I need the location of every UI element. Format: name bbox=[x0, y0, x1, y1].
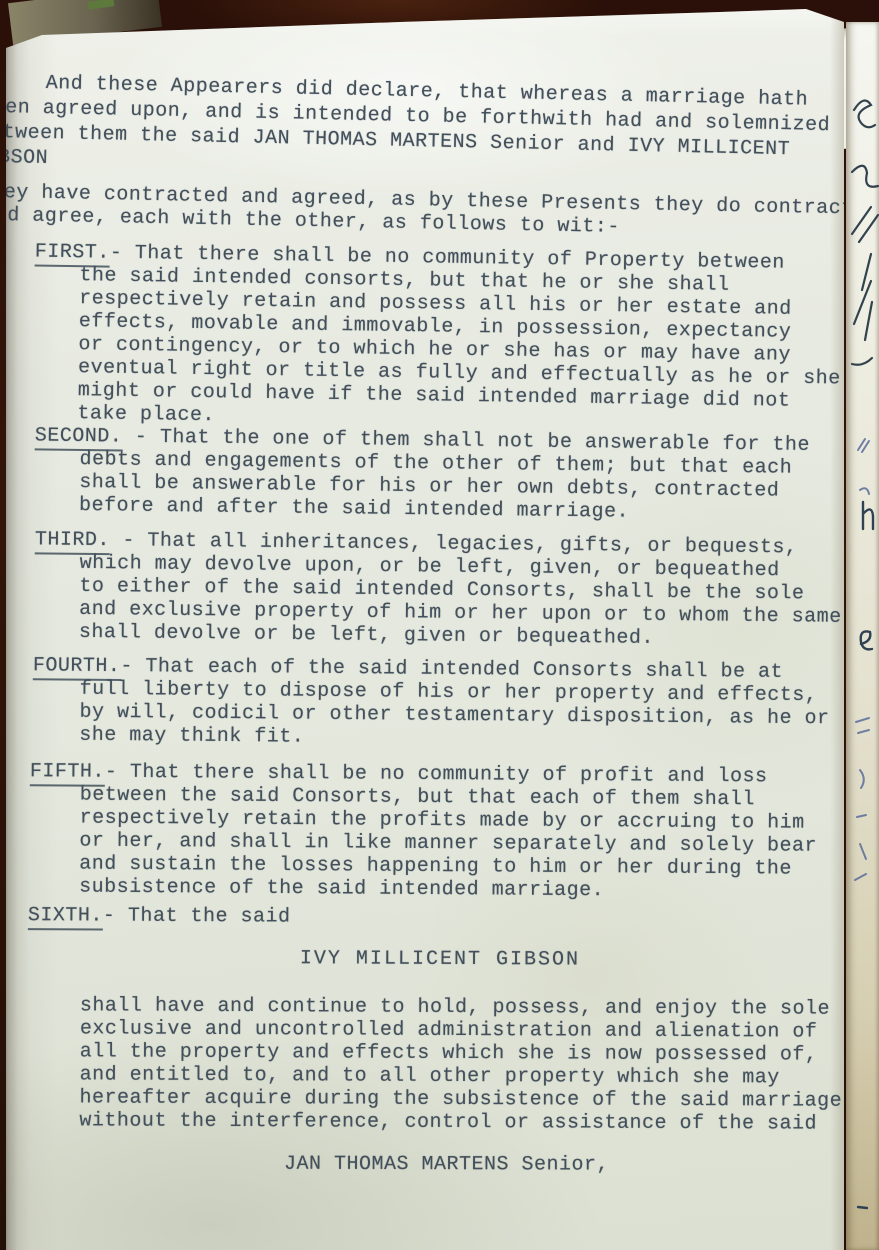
bride-name-block: IVY MILLICENT GIBSON bbox=[0, 946, 844, 973]
photographed-document-page: { "document": { "type_label": "antenupti… bbox=[0, 0, 879, 1250]
text-line: without the interference, control or ass… bbox=[0, 1109, 843, 1136]
groom-name-block: JAN THOMAS MARTENS Senior, bbox=[0, 1152, 844, 1177]
clause-fourth: FOURTH.- That each of the said intended … bbox=[0, 654, 844, 753]
clause-second: SECOND. - That the one of them shall not… bbox=[0, 424, 844, 526]
clause-third: THIRD. - That all inheritances, legacies… bbox=[0, 528, 844, 652]
clause-sixth: SIXTH.- That the said bbox=[0, 904, 844, 931]
intro-paragraph: And these Appearers did declare, that wh… bbox=[0, 70, 844, 188]
contract-page: And these Appearers did declare, that wh… bbox=[0, 0, 844, 1250]
clause-heading: SIXTH. bbox=[28, 904, 103, 930]
sixth-clause-body: shall have and continue to hold, possess… bbox=[0, 994, 844, 1136]
handwriting-marks bbox=[846, 22, 879, 1250]
groom-name: JAN THOMAS MARTENS Senior, bbox=[284, 1153, 844, 1177]
clause-text: - That the said bbox=[103, 905, 291, 929]
agreement-paragraph: ey have contracted and agreed, as by the… bbox=[0, 181, 844, 243]
clause-first: FIRST.- That there shall be no community… bbox=[0, 240, 844, 437]
underlying-page-edge bbox=[846, 22, 879, 1250]
clause-fifth: FIFTH.- That there shall be no community… bbox=[0, 760, 844, 904]
bride-name: IVY MILLICENT GIBSON bbox=[300, 947, 844, 972]
